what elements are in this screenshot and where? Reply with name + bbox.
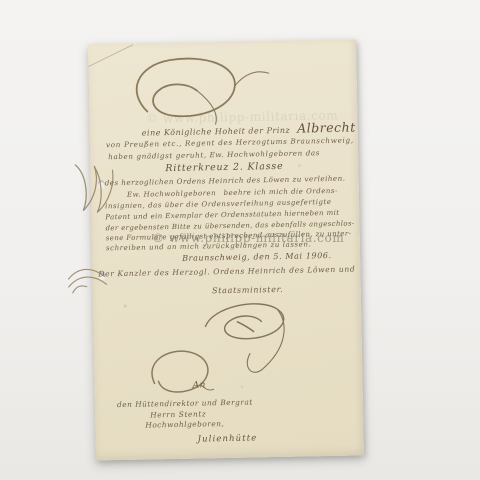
body-line-3: Patent und ein Exemplar der Ordensstatut…	[105, 209, 339, 221]
head-line-1-text: eine Königliche Hoheit der Prinz	[142, 126, 291, 138]
address-salute: An	[193, 380, 206, 390]
address-initial-flourish	[142, 344, 223, 398]
address-line-2: Herrn Stentz	[150, 409, 206, 419]
watermark: © www.philipp-militaria.com	[152, 231, 344, 245]
head-line-3: haben gnädigst geruht, Ew. Hochwohlgebor…	[108, 148, 320, 161]
body-line-2: insignien, das über die Ordensverleihung…	[105, 198, 332, 210]
head-line-4: des herzoglichen Ordens Heinrich des Löw…	[105, 174, 346, 188]
document-paper: eine Königliche Hoheit der PrinzAlbrecht…	[88, 39, 364, 460]
photo-background: eine Königliche Hoheit der PrinzAlbrecht…	[0, 0, 480, 480]
closing-title-line: Der Kanzler des Herzogl. Ordens Heinrich…	[98, 265, 355, 279]
address-line-1: den Hüttendirektor und Bergrat	[117, 398, 253, 410]
address-line-4: Julienhütte	[198, 433, 258, 444]
body-line-1: Ew. Hochwohlgeboren beehre ich mich die …	[127, 187, 338, 199]
award-name-line: Ritterkreuz 2. Klasse	[90, 159, 358, 175]
address-line-3: Hochwohlgeboren,	[145, 419, 224, 430]
date-line: Braunschweig, den 5. Mai 1906.	[182, 251, 332, 263]
closing-swash-icon	[66, 262, 109, 299]
